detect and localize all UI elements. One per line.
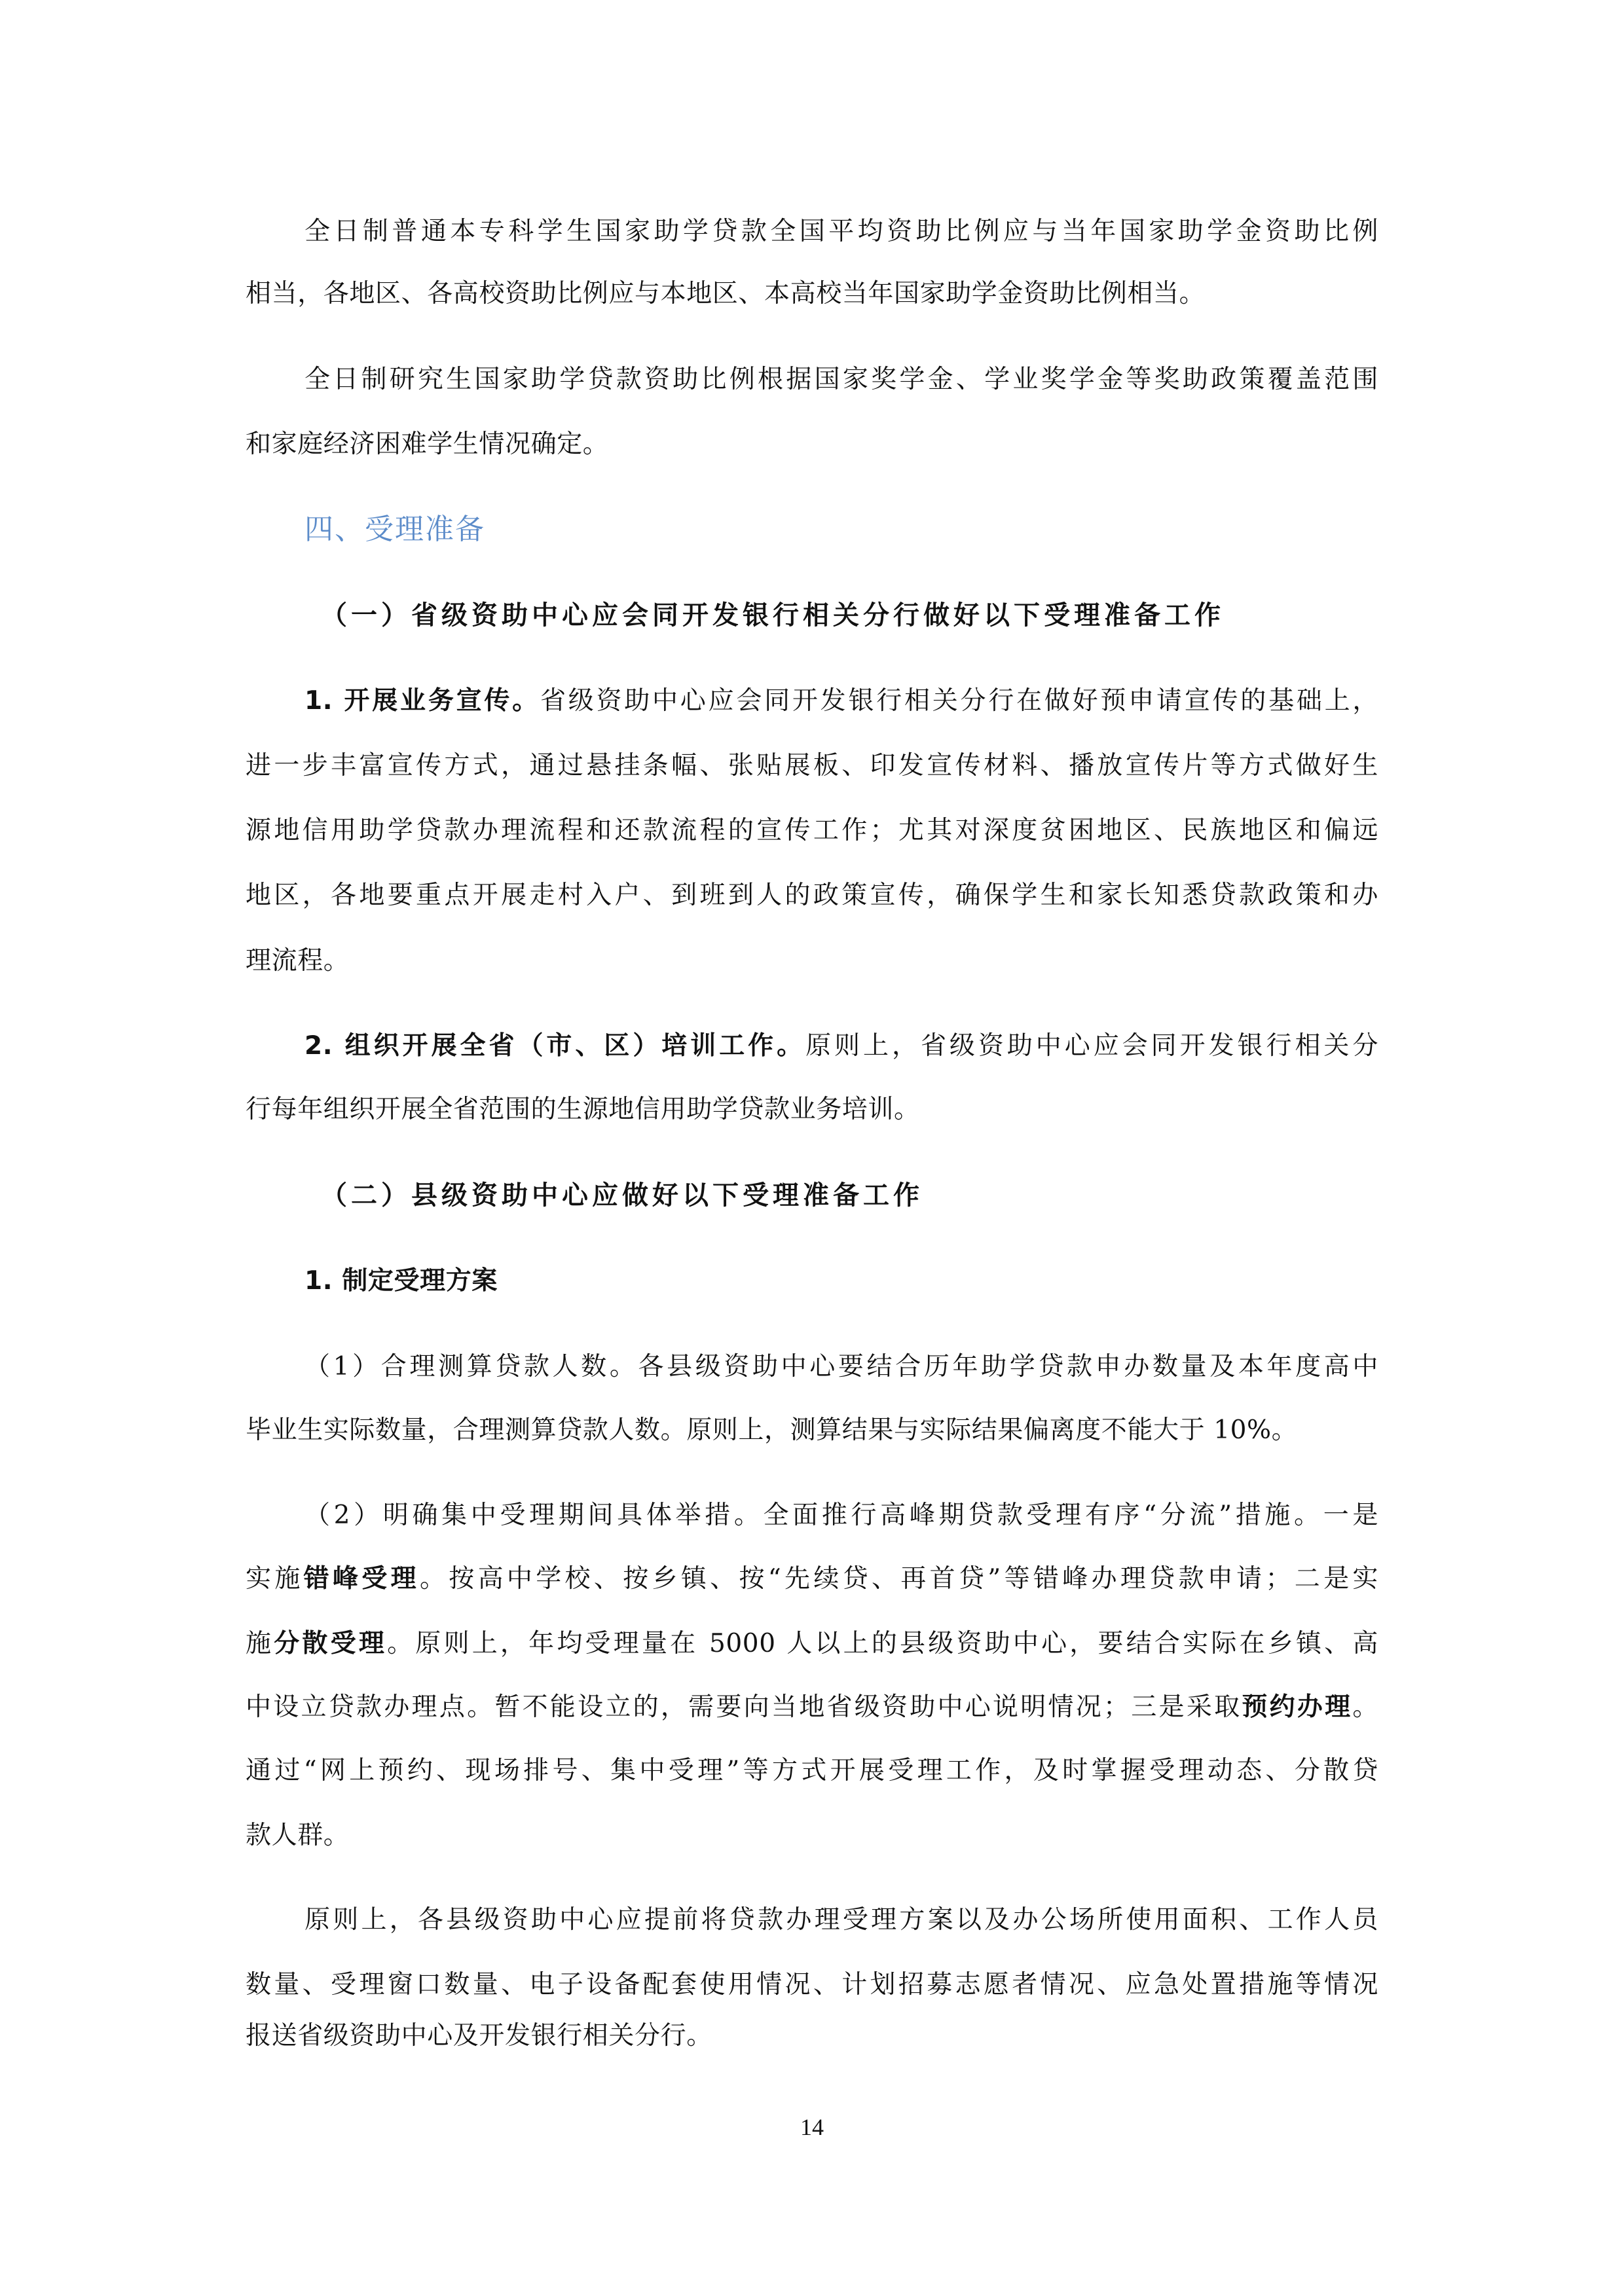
text-line: 实施错峰受理。按高中学校、按乡镇、按“先续贷、再首贷”等错峰办理贷款申请；二是实 bbox=[246, 1559, 1378, 1599]
text-run: 原则上，省级资助中心应会同开发银行相关分 bbox=[805, 1031, 1378, 1061]
text-line: 款人群。 bbox=[246, 1816, 1378, 1855]
bold-text-run: 1. 开展业务宣传。 bbox=[304, 686, 540, 716]
text-line: （2）明确集中受理期间具体举措。全面推行高峰期贷款受理有序“分流”措施。一是 bbox=[304, 1496, 1378, 1535]
text-run: 相当，各地区、各高校资助比例应与本地区、本高校当年国家助学金资助比例相当。 bbox=[246, 279, 1205, 308]
text-run: （1）合理测算贷款人数。各县级资助中心要结合历年助学贷款申办数量及本年度高中 bbox=[304, 1352, 1378, 1381]
text-line: 中设立贷款办理点。暂不能设立的，需要向当地省级资助中心说明情况；三是采取预约办理… bbox=[246, 1688, 1378, 1727]
text-line: 施分散受理。原则上，年均受理量在 5000 人以上的县级资助中心，要结合实际在乡… bbox=[246, 1624, 1378, 1664]
text-line: 2. 组织开展全省（市、区）培训工作。原则上，省级资助中心应会同开发银行相关分 bbox=[304, 1027, 1378, 1066]
text-line: 和家庭经济困难学生情况确定。 bbox=[246, 425, 1378, 464]
item-heading-text: 1. 制定受理方案 bbox=[304, 1266, 498, 1296]
text-run: 省级资助中心应会同开发银行相关分行在做好预申请宣传的基础上， bbox=[540, 686, 1378, 716]
text-line: 通过“网上预约、现场排号、集中受理”等方式开展受理工作，及时掌握受理动态、分散贷 bbox=[246, 1751, 1378, 1791]
text-line: 1. 开展业务宣传。省级资助中心应会同开发银行相关分行在做好预申请宣传的基础上， bbox=[304, 682, 1378, 721]
page-number: 14 bbox=[0, 2113, 1624, 2141]
text-run: 全日制普通本专科学生国家助学贷款全国平均资助比例应与当年国家助学金资助比例 bbox=[304, 217, 1378, 246]
text-run: 。按高中学校、按乡镇、按“先续贷、再首贷”等错峰办理贷款申请；二是实 bbox=[420, 1564, 1378, 1594]
text-run: 理流程。 bbox=[246, 946, 349, 975]
item-heading-plan: 1. 制定受理方案 bbox=[304, 1262, 1378, 1301]
text-run: 中设立贷款办理点。暂不能设立的，需要向当地省级资助中心说明情况；三是采取 bbox=[246, 1692, 1242, 1722]
section-heading: 四、受理准备 bbox=[304, 510, 485, 549]
text-line: 地区，各地要重点开展走村入户、到班到人的政策宣传，确保学生和家长知悉贷款政策和办 bbox=[246, 876, 1378, 915]
bold-text-run: 2. 组织开展全省（市、区）培训工作。 bbox=[304, 1031, 805, 1061]
text-line: 相当，各地区、各高校资助比例应与本地区、本高校当年国家助学金资助比例相当。 bbox=[246, 274, 1378, 314]
text-run: （2）明确集中受理期间具体举措。全面推行高峰期贷款受理有序“分流”措施。一是 bbox=[304, 1501, 1378, 1530]
text-line: 全日制研究生国家助学贷款资助比例根据国家奖学金、学业奖学金等奖助政策覆盖范围 bbox=[304, 360, 1378, 399]
text-run: 和家庭经济困难学生情况确定。 bbox=[246, 429, 608, 459]
text-run: 全日制研究生国家助学贷款资助比例根据国家奖学金、学业奖学金等奖助政策覆盖范围 bbox=[304, 365, 1378, 394]
text-run: 地区，各地要重点开展走村入户、到班到人的政策宣传，确保学生和家长知悉贷款政策和办 bbox=[246, 881, 1378, 910]
bold-text-run: 错峰受理 bbox=[304, 1564, 420, 1594]
text-run: 原则上，各县级资助中心应提前将贷款办理受理方案以及办公场所使用面积、工作人员 bbox=[304, 1905, 1378, 1935]
bold-text-run: 分散受理 bbox=[274, 1629, 387, 1658]
text-run: 施 bbox=[246, 1629, 274, 1658]
text-run: 实施 bbox=[246, 1564, 304, 1594]
text-run: 数量、受理窗口数量、电子设备配套使用情况、计划招募志愿者情况、应急处置措施等情况 bbox=[246, 1970, 1378, 1999]
text-run: 款人群。 bbox=[246, 1821, 349, 1850]
document-page: 全日制普通本专科学生国家助学贷款全国平均资助比例应与当年国家助学金资助比例 相当… bbox=[0, 0, 1624, 2296]
text-line: 原则上，各县级资助中心应提前将贷款办理受理方案以及办公场所使用面积、工作人员 bbox=[304, 1901, 1378, 1940]
text-line: 理流程。 bbox=[246, 941, 1378, 981]
text-run: 报送省级资助中心及开发银行相关分行。 bbox=[246, 2021, 712, 2050]
text-line: 全日制普通本专科学生国家助学贷款全国平均资助比例应与当年国家助学金资助比例 bbox=[304, 212, 1378, 251]
text-run: 进一步丰富宣传方式，通过悬挂条幅、张贴展板、印发宣传材料、播放宣传片等方式做好生 bbox=[246, 751, 1378, 780]
text-line: 数量、受理窗口数量、电子设备配套使用情况、计划招募志愿者情况、应急处置措施等情况 bbox=[246, 1965, 1378, 2005]
text-run: 。原则上，年均受理量在 5000 人以上的县级资助中心，要结合实际在乡镇、高 bbox=[387, 1629, 1378, 1658]
text-line: 毕业生实际数量，合理测算贷款人数。原则上，测算结果与实际结果偏离度不能大于 10… bbox=[246, 1411, 1378, 1450]
subsection-heading-provincial: （一）省级资助中心应会同开发银行相关分行做好以下受理准备工作 bbox=[321, 596, 1225, 635]
text-run: 。 bbox=[1352, 1692, 1378, 1722]
bold-text-run: 预约办理 bbox=[1242, 1692, 1352, 1722]
text-line: 进一步丰富宣传方式，通过悬挂条幅、张贴展板、印发宣传材料、播放宣传片等方式做好生 bbox=[246, 746, 1378, 786]
text-line: 行每年组织开展全省范围的生源地信用助学贷款业务培训。 bbox=[246, 1090, 1378, 1129]
text-run: 源地信用助学贷款办理流程和还款流程的宣传工作；尤其对深度贫困地区、民族地区和偏远 bbox=[246, 816, 1378, 845]
text-run: 毕业生实际数量，合理测算贷款人数。原则上，测算结果与实际结果偏离度不能大于 10… bbox=[246, 1415, 1297, 1445]
text-run: 行每年组织开展全省范围的生源地信用助学贷款业务培训。 bbox=[246, 1095, 920, 1124]
text-line: 报送省级资助中心及开发银行相关分行。 bbox=[246, 2016, 1378, 2056]
text-run: 通过“网上预约、现场排号、集中受理”等方式开展受理工作，及时掌握受理动态、分散贷 bbox=[246, 1756, 1378, 1785]
text-line: 源地信用助学贷款办理流程和还款流程的宣传工作；尤其对深度贫困地区、民族地区和偏远 bbox=[246, 811, 1378, 850]
subsection-heading-county: （二）县级资助中心应做好以下受理准备工作 bbox=[321, 1176, 923, 1215]
text-line: （1）合理测算贷款人数。各县级资助中心要结合历年助学贷款申办数量及本年度高中 bbox=[304, 1347, 1378, 1387]
